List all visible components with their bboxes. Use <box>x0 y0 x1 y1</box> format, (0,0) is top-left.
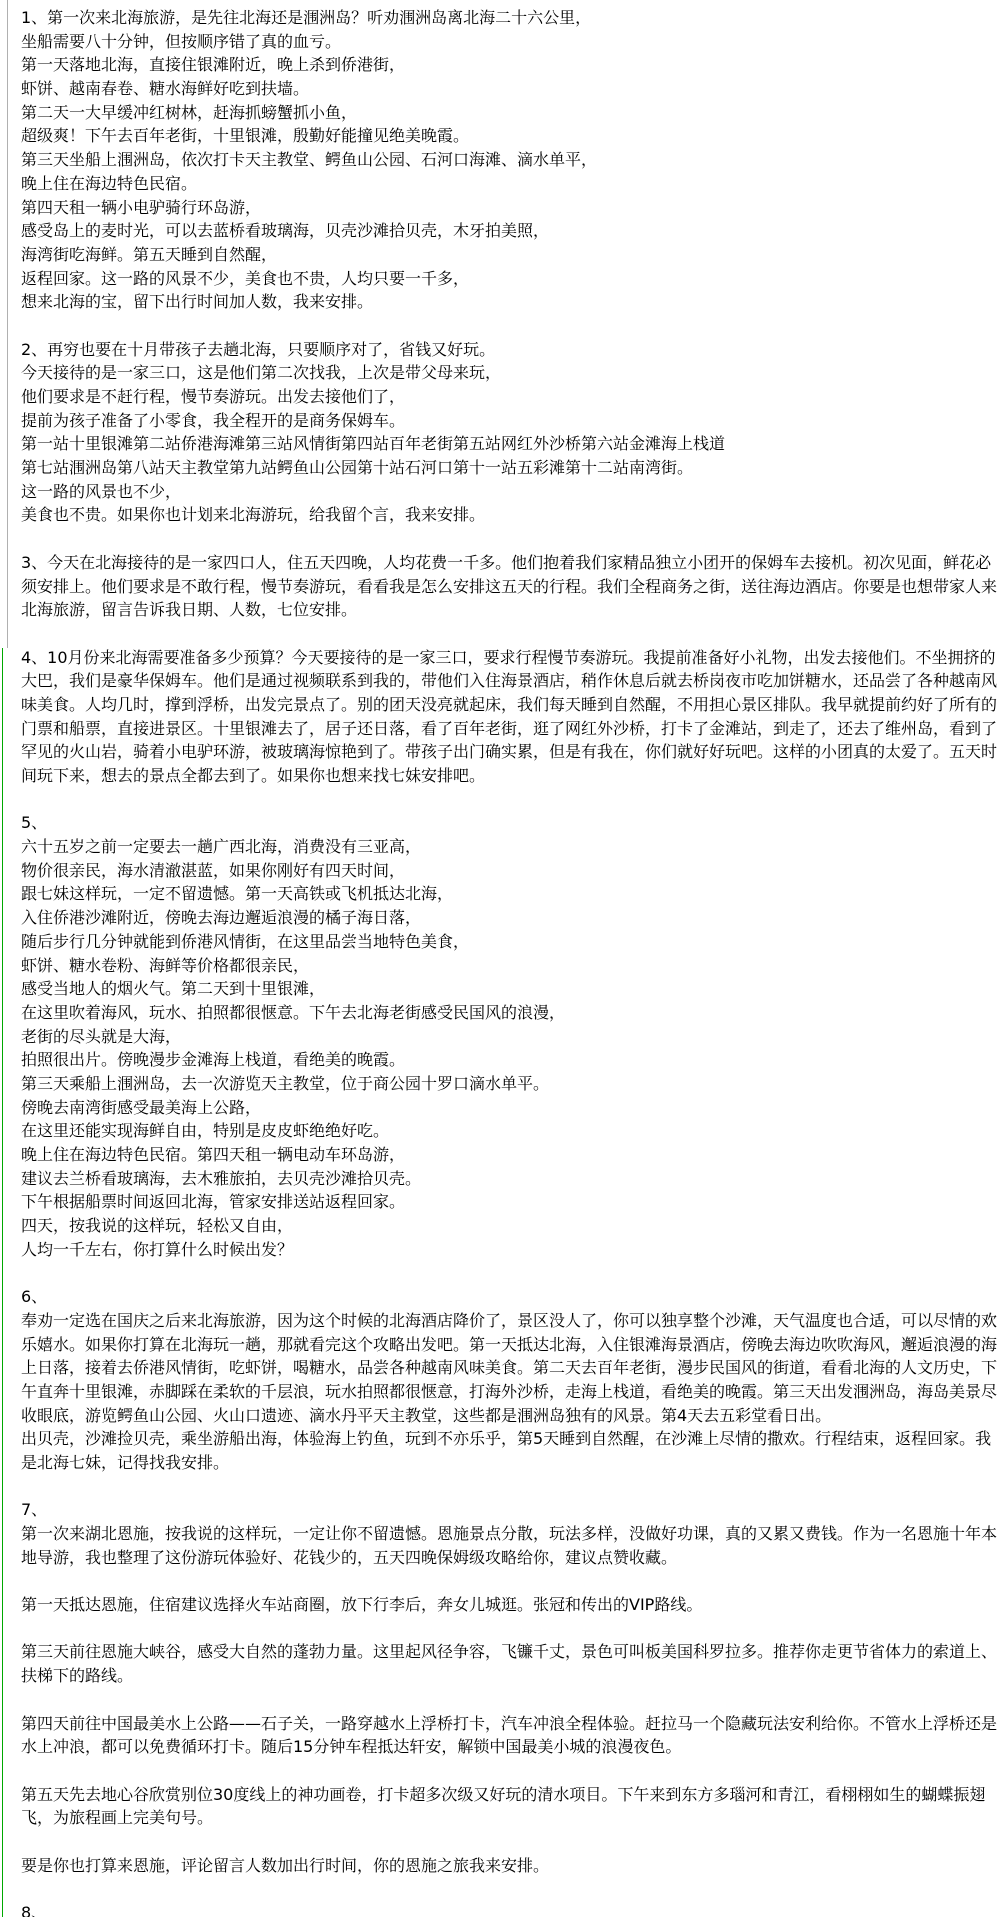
text-line-section-5: 老街的尽头就是大海， <box>21 1025 1002 1049</box>
text-line-section-7: 第三天前往恩施大峡谷，感受大自然的蓬勃力量。这里起风径争容，飞镰千丈，景色可叫板… <box>21 1640 1002 1664</box>
left-border-green <box>2 648 3 1917</box>
text-line-section-1: 晚上住在海边特色民宿。 <box>21 172 1002 196</box>
text-line-section-2: 2、再穷也要在十月带孩子去趟北海，只要顺序对了，省钱又好玩。 <box>21 338 1002 362</box>
blank-line <box>21 788 1002 812</box>
text-line-section-5: 下午根据船票时间返回北海，管家安排送站返程回家。 <box>21 1190 1002 1214</box>
text-line-section-5: 建议去兰桥看玻璃海，去木雅旅拍，去贝壳沙滩拾贝壳。 <box>21 1167 1002 1191</box>
blank-line <box>21 1475 1002 1499</box>
text-line-section-1: 感受岛上的麦时光，可以去蓝桥看玻璃海，贝壳沙滩拾贝壳，木牙拍美照， <box>21 219 1002 243</box>
text-line-section-6: 乐嬉水。如果你打算在北海玩一趟，那就看完这个攻略出发吧。第一天抵达北海，入住银滩… <box>21 1333 1002 1357</box>
text-line-section-7: 第一天抵达恩施，住宿建议选择火车站商圈，放下行李后，奔女儿城逛。张冠和传出的VI… <box>21 1593 1002 1617</box>
text-line-section-5: 在这里吹着海风，玩水、拍照都很惬意。下午去北海老街感受民国风的浪漫， <box>21 1001 1002 1025</box>
text-line-section-5: 四天，按我说的这样玩，轻松又自由， <box>21 1214 1002 1238</box>
text-line-section-1: 坐船需要八十分钟，但按顺序错了真的血亏。 <box>21 30 1002 54</box>
text-line-section-7: 飞，为旅程画上完美句号。 <box>21 1806 1002 1830</box>
text-line-section-5: 感受当地人的烟火气。第二天到十里银滩， <box>21 977 1002 1001</box>
blank-line <box>21 1688 1002 1712</box>
blank-line <box>21 527 1002 551</box>
text-line-section-6: 出贝壳，沙滩捡贝壳，乘坐游船出海，体验海上钓鱼，玩到不亦乐乎，第5天睡到自然醒，… <box>21 1427 1002 1451</box>
document-page: 1、第一次来北海旅游，是先往北海还是涠洲岛？听劝涠洲岛离北海二十六公里，坐船需要… <box>0 0 1004 1917</box>
text-line-section-2: 第一站十里银滩第二站侨港海滩第三站风情街第四站百年老街第五站网红外沙桥第六站金滩… <box>21 432 1002 456</box>
text-line-section-1: 1、第一次来北海旅游，是先往北海还是涠洲岛？听劝涠洲岛离北海二十六公里， <box>21 6 1002 30</box>
text-line-section-1: 海湾街吃海鲜。第五天睡到自然醒， <box>21 243 1002 267</box>
text-line-section-5: 人均一千左右，你打算什么时候出发？ <box>21 1238 1002 1262</box>
text-line-section-2: 他们要求是不赶行程，慢节奏游玩。出发去接他们了， <box>21 385 1002 409</box>
blank-line <box>21 1569 1002 1593</box>
left-border-gray <box>7 0 8 648</box>
text-line-section-7: 第五天先去地心谷欣赏别位30度线上的神功画卷，打卡超多次级又好玩的清水项目。下午… <box>21 1783 1002 1807</box>
text-line-section-5: 第三天乘船上涠洲岛，去一次游览天主教堂，位于商公园十罗口滴水单平。 <box>21 1072 1002 1096</box>
text-line-section-1: 想来北海的宝，留下出行时间加人数，我来安排。 <box>21 290 1002 314</box>
text-line-section-8: 8、 <box>21 1901 1002 1917</box>
text-line-section-5: 六十五岁之前一定要去一趟广西北海，消费没有三亚高， <box>21 835 1002 859</box>
text-line-section-1: 返程回家。这一路的风景不少，美食也不贵，人均只要一千多， <box>21 267 1002 291</box>
text-line-section-1: 超级爽！下午去百年老街，十里银滩，殷勤好能撞见绝美晚霞。 <box>21 124 1002 148</box>
text-line-section-2: 提前为孩子准备了小零食，我全程开的是商务保姆车。 <box>21 409 1002 433</box>
text-line-section-2: 今天接待的是一家三口，这是他们第二次找我，上次是带父母来玩， <box>21 361 1002 385</box>
blank-line <box>21 1617 1002 1641</box>
blank-line <box>21 1877 1002 1901</box>
text-line-section-6: 上日落，接着去侨港风情街，吃虾饼，喝糖水，品尝各种越南风味美食。第二天去百年老街… <box>21 1356 1002 1380</box>
blank-line <box>21 622 1002 646</box>
text-line-section-3: 3、今天在北海接待的是一家四口人，住五天四晚，人均花费一千多。他们抱着我们家精品… <box>21 551 1002 575</box>
text-line-section-1: 第一天落地北海，直接住银滩附近，晚上杀到侨港街， <box>21 53 1002 77</box>
text-line-section-4: 门票和船票，直接进景区。十里银滩去了，居子还日落，看了百年老街，逛了网红外沙桥，… <box>21 717 1002 741</box>
text-line-section-5: 跟七妹这样玩，一定不留遗憾。第一天高铁或飞机抵达北海， <box>21 882 1002 906</box>
text-line-section-7: 地导游，我也整理了这份游玩体验好、花钱少的，五天四晚保姆级攻略给你，建议点赞收藏… <box>21 1546 1002 1570</box>
blank-line <box>21 1261 1002 1285</box>
text-line-section-5: 物价很亲民，海水清澈湛蓝，如果你刚好有四天时间， <box>21 859 1002 883</box>
text-line-section-6: 是北海七妹，记得找我安排。 <box>21 1451 1002 1475</box>
text-line-section-5: 入住侨港沙滩附近，傍晚去海边邂逅浪漫的橘子海日落， <box>21 906 1002 930</box>
text-line-section-2: 这一路的风景也不少， <box>21 480 1002 504</box>
text-line-section-1: 第二天一大早缓冲红树林，赶海抓螃蟹抓小鱼， <box>21 101 1002 125</box>
text-line-section-6: 奉劝一定选在国庆之后来北海旅游，因为这个时候的北海酒店降价了，景区没人了，你可以… <box>21 1309 1002 1333</box>
text-line-section-6: 收眼底，游览鳄鱼山公园、火山口遗迹、滴水丹平天主教堂，这些都是涠洲岛独有的风景。… <box>21 1404 1002 1428</box>
text-line-section-5: 5、 <box>21 811 1002 835</box>
text-line-section-4: 味美食。人均几时，撑到浮桥，出发完景点了。别的团天没亮就起床，我们每天睡到自然醒… <box>21 693 1002 717</box>
text-line-section-7: 第四天前往中国最美水上公路——石子关，一路穿越水上浮桥打卡，汽车冲浪全程体验。赶… <box>21 1712 1002 1736</box>
text-line-section-5: 在这里还能实现海鲜自由，特别是皮皮虾绝绝好吃。 <box>21 1119 1002 1143</box>
text-line-section-3: 北海旅游，留言告诉我日期、人数，七位安排。 <box>21 598 1002 622</box>
document-body: 1、第一次来北海旅游，是先往北海还是涠洲岛？听劝涠洲岛离北海二十六公里，坐船需要… <box>21 6 1002 1917</box>
text-line-section-5: 傍晚去南湾街感受最美海上公路， <box>21 1096 1002 1120</box>
text-line-section-6: 6、 <box>21 1285 1002 1309</box>
text-line-section-4: 大巴，我们是豪华保姆车。他们是通过视频联系到我的，带他们入住海景酒店，稍作休息后… <box>21 669 1002 693</box>
text-line-section-1: 第三天坐船上涠洲岛，依次打卡天主教堂、鳄鱼山公园、石河口海滩、滴水单平， <box>21 148 1002 172</box>
text-line-section-5: 晚上住在海边特色民宿。第四天租一辆电动车环岛游， <box>21 1143 1002 1167</box>
blank-line <box>21 1830 1002 1854</box>
text-line-section-4: 罕见的火山岩，骑着小电驴环游，被玻璃海惊艳到了。带孩子出门确实累，但是有我在，你… <box>21 740 1002 764</box>
text-line-section-3: 须安排上。他们要求是不敢行程，慢节奏游玩，看看我是怎么安排这五天的行程。我们全程… <box>21 575 1002 599</box>
blank-line <box>21 314 1002 338</box>
text-line-section-4: 4、10月份来北海需要准备多少预算？今天要接待的是一家三口，要求行程慢节奏游玩。… <box>21 646 1002 670</box>
text-line-section-6: 午直奔十里银滩，赤脚踩在柔软的千层浪，玩水拍照都很惬意，打海外沙桥，走海上栈道，… <box>21 1380 1002 1404</box>
text-line-section-5: 随后步行几分钟就能到侨港风情街，在这里品尝当地特色美食， <box>21 930 1002 954</box>
text-line-section-7: 7、 <box>21 1498 1002 1522</box>
text-line-section-5: 虾饼、糖水卷粉、海鲜等价格都很亲民， <box>21 954 1002 978</box>
text-line-section-2: 第七站涠洲岛第八站天主教堂第九站鳄鱼山公园第十站石河口第十一站五彩滩第十二站南湾… <box>21 456 1002 480</box>
text-line-section-5: 拍照很出片。傍晚漫步金滩海上栈道，看绝美的晚霞。 <box>21 1048 1002 1072</box>
blank-line <box>21 1759 1002 1783</box>
text-line-section-4: 间玩下来，想去的景点全都去到了。如果你也想来找七妹安排吧。 <box>21 764 1002 788</box>
text-line-section-7: 水上冲浪，都可以免费循环打卡。随后15分钟车程抵达轩安，解锁中国最美小城的浪漫夜… <box>21 1735 1002 1759</box>
text-line-section-1: 虾饼、越南春卷、糖水海鲜好吃到扶墙。 <box>21 77 1002 101</box>
text-line-section-1: 第四天租一辆小电驴骑行环岛游， <box>21 196 1002 220</box>
text-line-section-7: 第一次来湖北恩施，按我说的这样玩，一定让你不留遗憾。恩施景点分散，玩法多样，没做… <box>21 1522 1002 1546</box>
text-line-section-7: 要是你也打算来恩施，评论留言人数加出行时间，你的恩施之旅我来安排。 <box>21 1854 1002 1878</box>
text-line-section-2: 美食也不贵。如果你也计划来北海游玩，给我留个言，我来安排。 <box>21 503 1002 527</box>
text-line-section-7: 扶梯下的路线。 <box>21 1664 1002 1688</box>
